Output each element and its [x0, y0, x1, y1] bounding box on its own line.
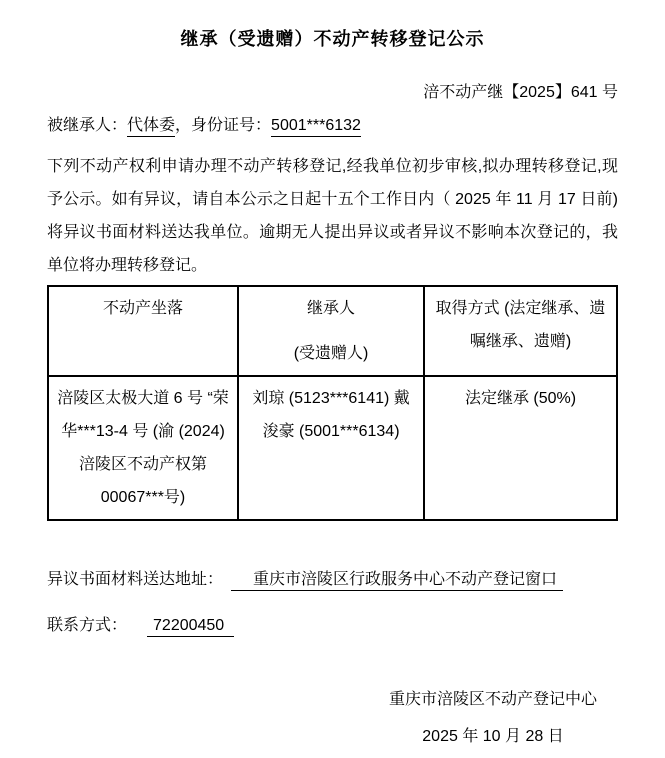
column-header-location: 不动产坐落: [48, 286, 238, 376]
column-header-heir: 继承人 (受遗赠人): [238, 286, 424, 376]
objection-address-label: 异议书面材料送达地址：: [47, 571, 223, 588]
cell-acquisition-method: 法定继承 (50%): [424, 376, 617, 520]
deceased-line: 被继承人：代体委，身份证号：5001***6132: [47, 116, 618, 136]
cell-property-location: 涪陵区太极大道 6 号 “荣华***13-4 号 (渝 (2024) 涪陵区不动…: [48, 376, 238, 520]
deceased-label: 被继承人：: [47, 117, 127, 134]
heir-header-line2: (受遗赠人): [245, 337, 417, 370]
property-table: 不动产坐落 继承人 (受遗赠人) 取得方式 (法定继承、遗嘱继承、遗赠) 涪陵区…: [47, 285, 618, 521]
id-number: 5001***6132: [271, 117, 361, 137]
issuer-name: 重庆市涪陵区不动产登记中心: [368, 681, 618, 718]
deceased-name: 代体委: [127, 117, 175, 137]
column-header-acquisition: 取得方式 (法定继承、遗嘱继承、遗赠): [424, 286, 617, 376]
cell-heirs: 刘琼 (5123***6141) 戴浚豪 (5001***6134): [238, 376, 424, 520]
body-paragraph: 下列不动产权利申请办理不动产转移登记,经我单位初步审核,拟办理转移登记,现予公示…: [47, 150, 618, 282]
table-row: 涪陵区太极大道 6 号 “荣华***13-4 号 (渝 (2024) 涪陵区不动…: [48, 376, 617, 520]
objection-address-value: 重庆市涪陵区行政服务中心不动产登记窗口: [231, 571, 563, 591]
contact-value: 72200450: [147, 617, 234, 637]
notice-document: 继承（受遗赠）不动产转移登记公示 涪不动产继【2025】641 号 被继承人：代…: [0, 0, 665, 758]
heir-header-line1: 继承人: [245, 292, 417, 325]
table-header-row: 不动产坐落 继承人 (受遗赠人) 取得方式 (法定继承、遗嘱继承、遗赠): [48, 286, 617, 376]
issue-date: 2025 年 10 月 28 日: [368, 718, 618, 755]
contact-line: 联系方式：72200450: [47, 615, 618, 637]
signature-block: 重庆市涪陵区不动产登记中心 2025 年 10 月 28 日: [368, 681, 618, 755]
contact-label: 联系方式：: [47, 617, 127, 634]
objection-address-line: 异议书面材料送达地址：重庆市涪陵区行政服务中心不动产登记窗口: [47, 569, 618, 591]
doc-number: 涪不动产继【2025】641 号: [47, 83, 618, 103]
page-title: 继承（受遗赠）不动产转移登记公示: [47, 28, 618, 50]
id-label: ，身份证号：: [175, 117, 271, 134]
